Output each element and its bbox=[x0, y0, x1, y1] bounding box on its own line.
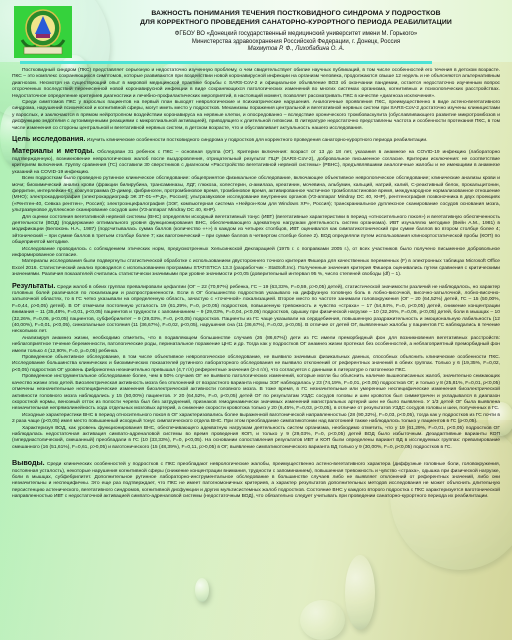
affiliation-line: Министерства здравоохранения Российской … bbox=[80, 39, 512, 47]
title-line: ДЛЯ КОРРЕКТНОГО ПРОВЕДЕНИЯ САНАТОРНО-КУР… bbox=[80, 19, 512, 28]
results-heading: Результаты. bbox=[12, 281, 55, 290]
goal-text: Изучить клинические особенности посткови… bbox=[87, 138, 428, 143]
affiliation: ФГБОУ ВО «Донецкий государственный медиц… bbox=[80, 31, 512, 46]
poster-body: Постковидный синдром (ПКС) представляет … bbox=[12, 68, 500, 501]
intro-paragraph: Постковидный синдром (ПКС) представляет … bbox=[12, 68, 500, 100]
results-paragraph: Исходные характеристики ВНС в период отн… bbox=[12, 413, 500, 426]
results-paragraph: Среди жалоб в обеих группах превалировал… bbox=[12, 285, 500, 335]
introduction-section: Постковидный синдром (ПКС) представляет … bbox=[12, 68, 500, 132]
affiliation-line: ФГБОУ ВО «Донецкий государственный медиц… bbox=[80, 31, 512, 39]
conclusions-section: Выводы. Среди клинических особенностей у… bbox=[12, 460, 500, 500]
results-paragraph: Проведенное объективное обследование, в … bbox=[12, 355, 500, 374]
authors: Махмутов Р. Ф., Лихобабина О. А. bbox=[80, 46, 512, 54]
university-emblem-icon bbox=[14, 6, 72, 58]
methods-paragraph: Для оценки состояния вегетативной нервно… bbox=[12, 215, 500, 247]
results-paragraph: Характеризуя ВОД, как уровень функционир… bbox=[12, 426, 500, 452]
methods-paragraph: Исследование проводилось с соблюдением э… bbox=[12, 247, 500, 260]
header-divider bbox=[20, 61, 432, 64]
results-paragraph: Анализируя анамнез жизни, необходимо отм… bbox=[12, 336, 500, 355]
methods-section: Материалы и методы. Обследован 31 ребено… bbox=[12, 148, 500, 278]
results-paragraph: Проведенное инструментальное обследовани… bbox=[12, 374, 500, 412]
intro-paragraph: Среди симптомов ПКС у взрослых пациентов… bbox=[12, 100, 500, 132]
methods-paragraph: Материалы исследования были подвергнуты … bbox=[12, 259, 500, 278]
methods-paragraph: Всем подросткам было проведено рутинное … bbox=[12, 176, 500, 214]
poster-header: ВАЖНОСТЬ ПОНИМАНИЯ ТЕЧЕНИЯ ПОСТКОВИДНОГО… bbox=[80, 10, 512, 54]
title-line: ВАЖНОСТЬ ПОНИМАНИЯ ТЕЧЕНИЯ ПОСТКОВИДНОГО… bbox=[80, 10, 512, 19]
methods-heading: Материалы и методы. bbox=[12, 146, 94, 155]
conclusions-text: Среди клинических особенностей у подрост… bbox=[12, 462, 500, 499]
conclusions-heading: Выводы. bbox=[12, 458, 45, 467]
results-section: Результаты. Среди жалоб в обеих группах … bbox=[12, 283, 500, 452]
goal-heading: Цель исследования. bbox=[12, 134, 85, 143]
goal-section: Цель исследования. Изучить клинические о… bbox=[12, 136, 500, 144]
poster-title: ВАЖНОСТЬ ПОНИМАНИЯ ТЕЧЕНИЯ ПОСТКОВИДНОГО… bbox=[80, 10, 512, 27]
university-logo bbox=[14, 6, 72, 58]
